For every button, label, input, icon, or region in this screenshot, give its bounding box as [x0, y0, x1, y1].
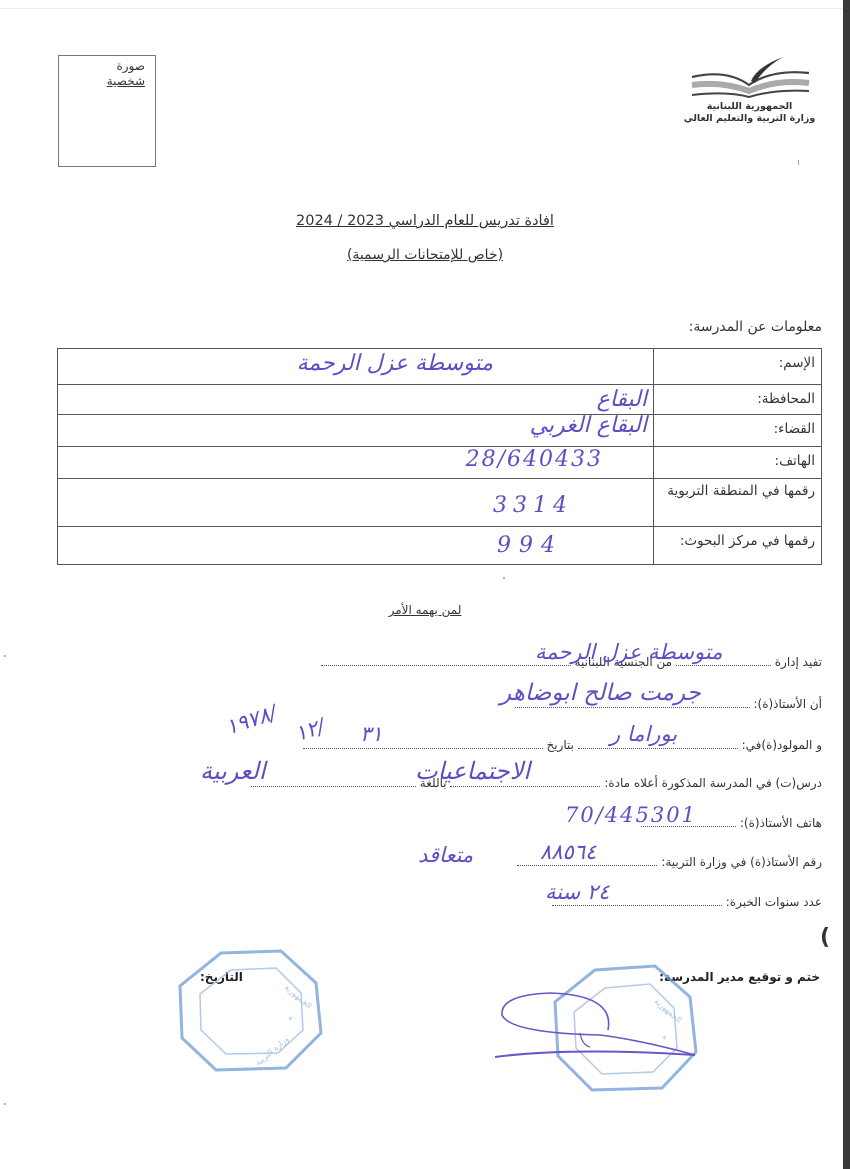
field-label-district: القضاء:	[654, 415, 822, 447]
handwritten-school-name-cert: متوسطة عزل الرحمة	[535, 640, 722, 664]
principal-signature	[490, 985, 710, 1065]
stray-bracket: (	[820, 925, 830, 950]
handwritten-employment-status: متعاقد	[418, 843, 473, 867]
handwritten-edu-zone-number: 3314	[493, 493, 573, 518]
dotted-fill	[251, 776, 416, 787]
open-book-icon	[687, 55, 812, 100]
handwritten-birthplace: بوراما ر	[610, 722, 677, 746]
handwritten-teacher-phone: 70/445301	[565, 803, 697, 827]
svg-text:*: *	[288, 1016, 293, 1026]
scan-speck	[4, 1103, 6, 1105]
handwritten-subject: الاجتماعيات	[415, 757, 530, 785]
table-row: الإسم: متوسطة عزل الرحمة	[58, 349, 822, 385]
line7-prefix: عدد سنوات الخبرة:	[726, 895, 822, 909]
field-label-edu-zone-number: رقمها في المنطقة التربوية	[654, 479, 822, 527]
school-info-table: الإسم: متوسطة عزل الرحمة المحافظة: البقا…	[57, 348, 822, 565]
handwritten-school-name: متوسطة عزل الرحمة	[297, 351, 493, 376]
dotted-fill	[321, 655, 571, 666]
dotted-fill	[303, 738, 543, 749]
logo-republic-name: الجمهورية اللبنانية	[682, 101, 817, 113]
field-value-district: البقاع الغربي	[58, 415, 654, 447]
logo-text: الجمهورية اللبنانية وزارة التربية والتعل…	[682, 101, 817, 125]
school-info-heading: معلومات عن المدرسة:	[689, 319, 822, 335]
table-row: رقمها في المنطقة التربوية 3314	[58, 479, 822, 527]
to-whom-it-may-concern: لمن يهمه الأمر	[0, 603, 850, 617]
table-row: المحافظة: البقاع	[58, 385, 822, 415]
table-row: القضاء: البقاع الغربي	[58, 415, 822, 447]
line3-date-label: بتاريخ	[546, 738, 574, 752]
table-row: الهاتف: 28/640433	[58, 447, 822, 479]
scan-border-strip	[843, 0, 850, 1169]
field-value-phone: 28/640433	[58, 447, 654, 479]
scan-speck	[798, 160, 799, 165]
scan-speck	[503, 577, 505, 579]
handwritten-birth-day: ٣١	[360, 722, 383, 746]
handwritten-research-center-number: 994	[497, 533, 563, 558]
svg-text:وزارة التربية: وزارة التربية	[254, 1034, 291, 1067]
line1-prefix: تفيد إدارة	[775, 655, 822, 669]
field-value-name: متوسطة عزل الرحمة	[58, 349, 654, 385]
line6-prefix: رقم الأستاذ(ة) في وزارة التربية:	[661, 855, 822, 869]
line4-prefix: درس(ت) في المدرسة المذكورة أعلاه مادة:	[604, 776, 822, 790]
field-label-research-center-number: رقمها في مركز البحوث:	[654, 527, 822, 565]
line2-prefix: أن الأستاذ(ة):	[753, 697, 822, 711]
field-value-governorate: البقاع	[58, 385, 654, 415]
field-value-research-center-number: 994	[58, 527, 654, 565]
document-subtitle: (خاص للإمتحانات الرسمية)	[0, 247, 850, 263]
scan-speck	[4, 655, 6, 657]
field-label-phone: الهاتف:	[654, 447, 822, 479]
scan-edge-line	[0, 8, 843, 9]
photo-label-line2: شخصية	[107, 74, 145, 89]
handwritten-teacher-name: جرمت صالح ابوضاهر	[500, 680, 701, 706]
handwritten-school-phone: 28/640433	[466, 447, 603, 472]
field-label-name: الإسم:	[654, 349, 822, 385]
ministry-stamp-left: الجمهورية * وزارة التربية	[176, 948, 326, 1073]
field-value-edu-zone-number: 3314	[58, 479, 654, 527]
photo-label: صورة شخصية	[107, 59, 145, 89]
handwritten-district: البقاع الغربي	[530, 413, 647, 438]
handwritten-birth-year: ١٩٧٨/	[223, 701, 280, 740]
handwritten-ministry-number: ٨٨٥٦٤	[540, 840, 596, 864]
handwritten-language: العربية	[200, 757, 266, 785]
photo-label-line1: صورة	[107, 59, 145, 74]
ministry-logo: الجمهورية اللبنانية وزارة التربية والتعل…	[682, 55, 817, 135]
handwritten-governorate: البقاع	[597, 387, 647, 412]
svg-text:الجمهورية: الجمهورية	[283, 983, 314, 1011]
handwritten-years-experience: ٢٤ سنة	[545, 880, 609, 904]
logo-ministry-name: وزارة التربية والتعليم العالي	[682, 113, 817, 125]
photo-placeholder-box: صورة شخصية	[58, 55, 156, 167]
certificate-line-subject: درس(ت) في المدرسة المذكورة أعلاه مادة: ب…	[251, 776, 822, 790]
line3-prefix: و المولود(ة)في:	[742, 738, 822, 752]
document-title: افادة تدريس للعام الدراسي 2023 / 2024	[0, 213, 850, 229]
field-label-governorate: المحافظة:	[654, 385, 822, 415]
line5-prefix: هاتف الأستاذ(ة):	[740, 816, 822, 830]
table-row: رقمها في مركز البحوث: 994	[58, 527, 822, 565]
